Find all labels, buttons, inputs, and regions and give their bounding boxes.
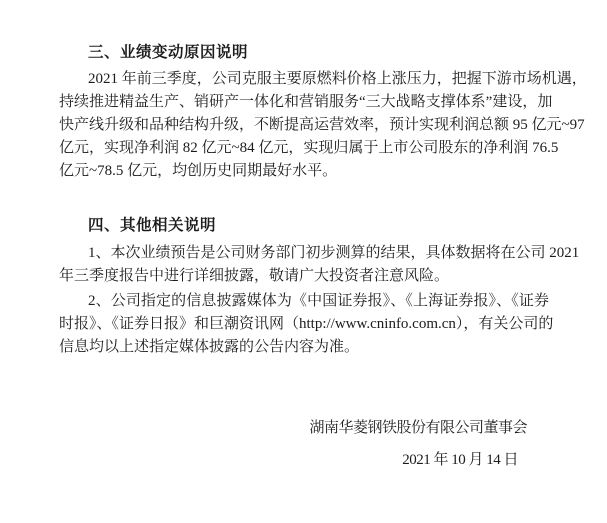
paragraph-line: 信息均以上述指定媒体披露的公告内容为准。 [59,336,549,359]
paragraph-line: 1、本次业绩预告是公司财务部门初步测算的结果，具体数据将在公司 2021 [59,242,549,265]
section-heading-performance-change-reasons: 三、业绩变动原因说明 [59,41,549,64]
paragraph: 2、公司指定的信息披露媒体为《中国证券报》、《上海证券报》、《证券 时报》、《证… [59,290,549,359]
section-heading-other-notes: 四、其他相关说明 [59,214,549,237]
paragraph-line: 2、公司指定的信息披露媒体为《中国证券报》、《上海证券报》、《证券 [59,290,549,313]
paragraph-line: 快产线升级和品种结构升级，不断提高运营效率，预计实现利润总额 95 亿元~97 [59,114,549,137]
paragraph-line: 亿元，实现净利润 82 亿元~84 亿元，实现归属于上市公司股东的净利润 76.… [59,137,549,160]
paragraph: 2021 年前三季度，公司克服主要原燃料价格上涨压力，把握下游市场机遇， 持续推… [59,68,549,183]
document-page: 三、业绩变动原因说明 2021 年前三季度，公司克服主要原燃料价格上涨压力，把握… [0,0,607,523]
paragraph-line: 年三季度报告中进行详细披露，敬请广大投资者注意风险。 [59,265,549,288]
announcement-date: 2021 年 10 月 14 日 [59,449,549,472]
paragraph: 1、本次业绩预告是公司财务部门初步测算的结果，具体数据将在公司 2021 年三季… [59,242,549,288]
signature-company-board: 湖南华菱钢铁股份有限公司董事会 [59,417,549,440]
paragraph-line: 持续推进精益生产、销研产一体化和营销服务“三大战略支撑体系”建设，加 [59,91,549,114]
paragraph-line: 时报》、《证券日报》和巨潮资讯网（http://www.cninfo.com.c… [59,313,549,336]
paragraph-line: 亿元~78.5 亿元，均创历史同期最好水平。 [59,160,549,183]
paragraph-line: 2021 年前三季度，公司克服主要原燃料价格上涨压力，把握下游市场机遇， [59,68,549,91]
document-body: 三、业绩变动原因说明 2021 年前三季度，公司克服主要原燃料价格上涨压力，把握… [59,0,549,472]
